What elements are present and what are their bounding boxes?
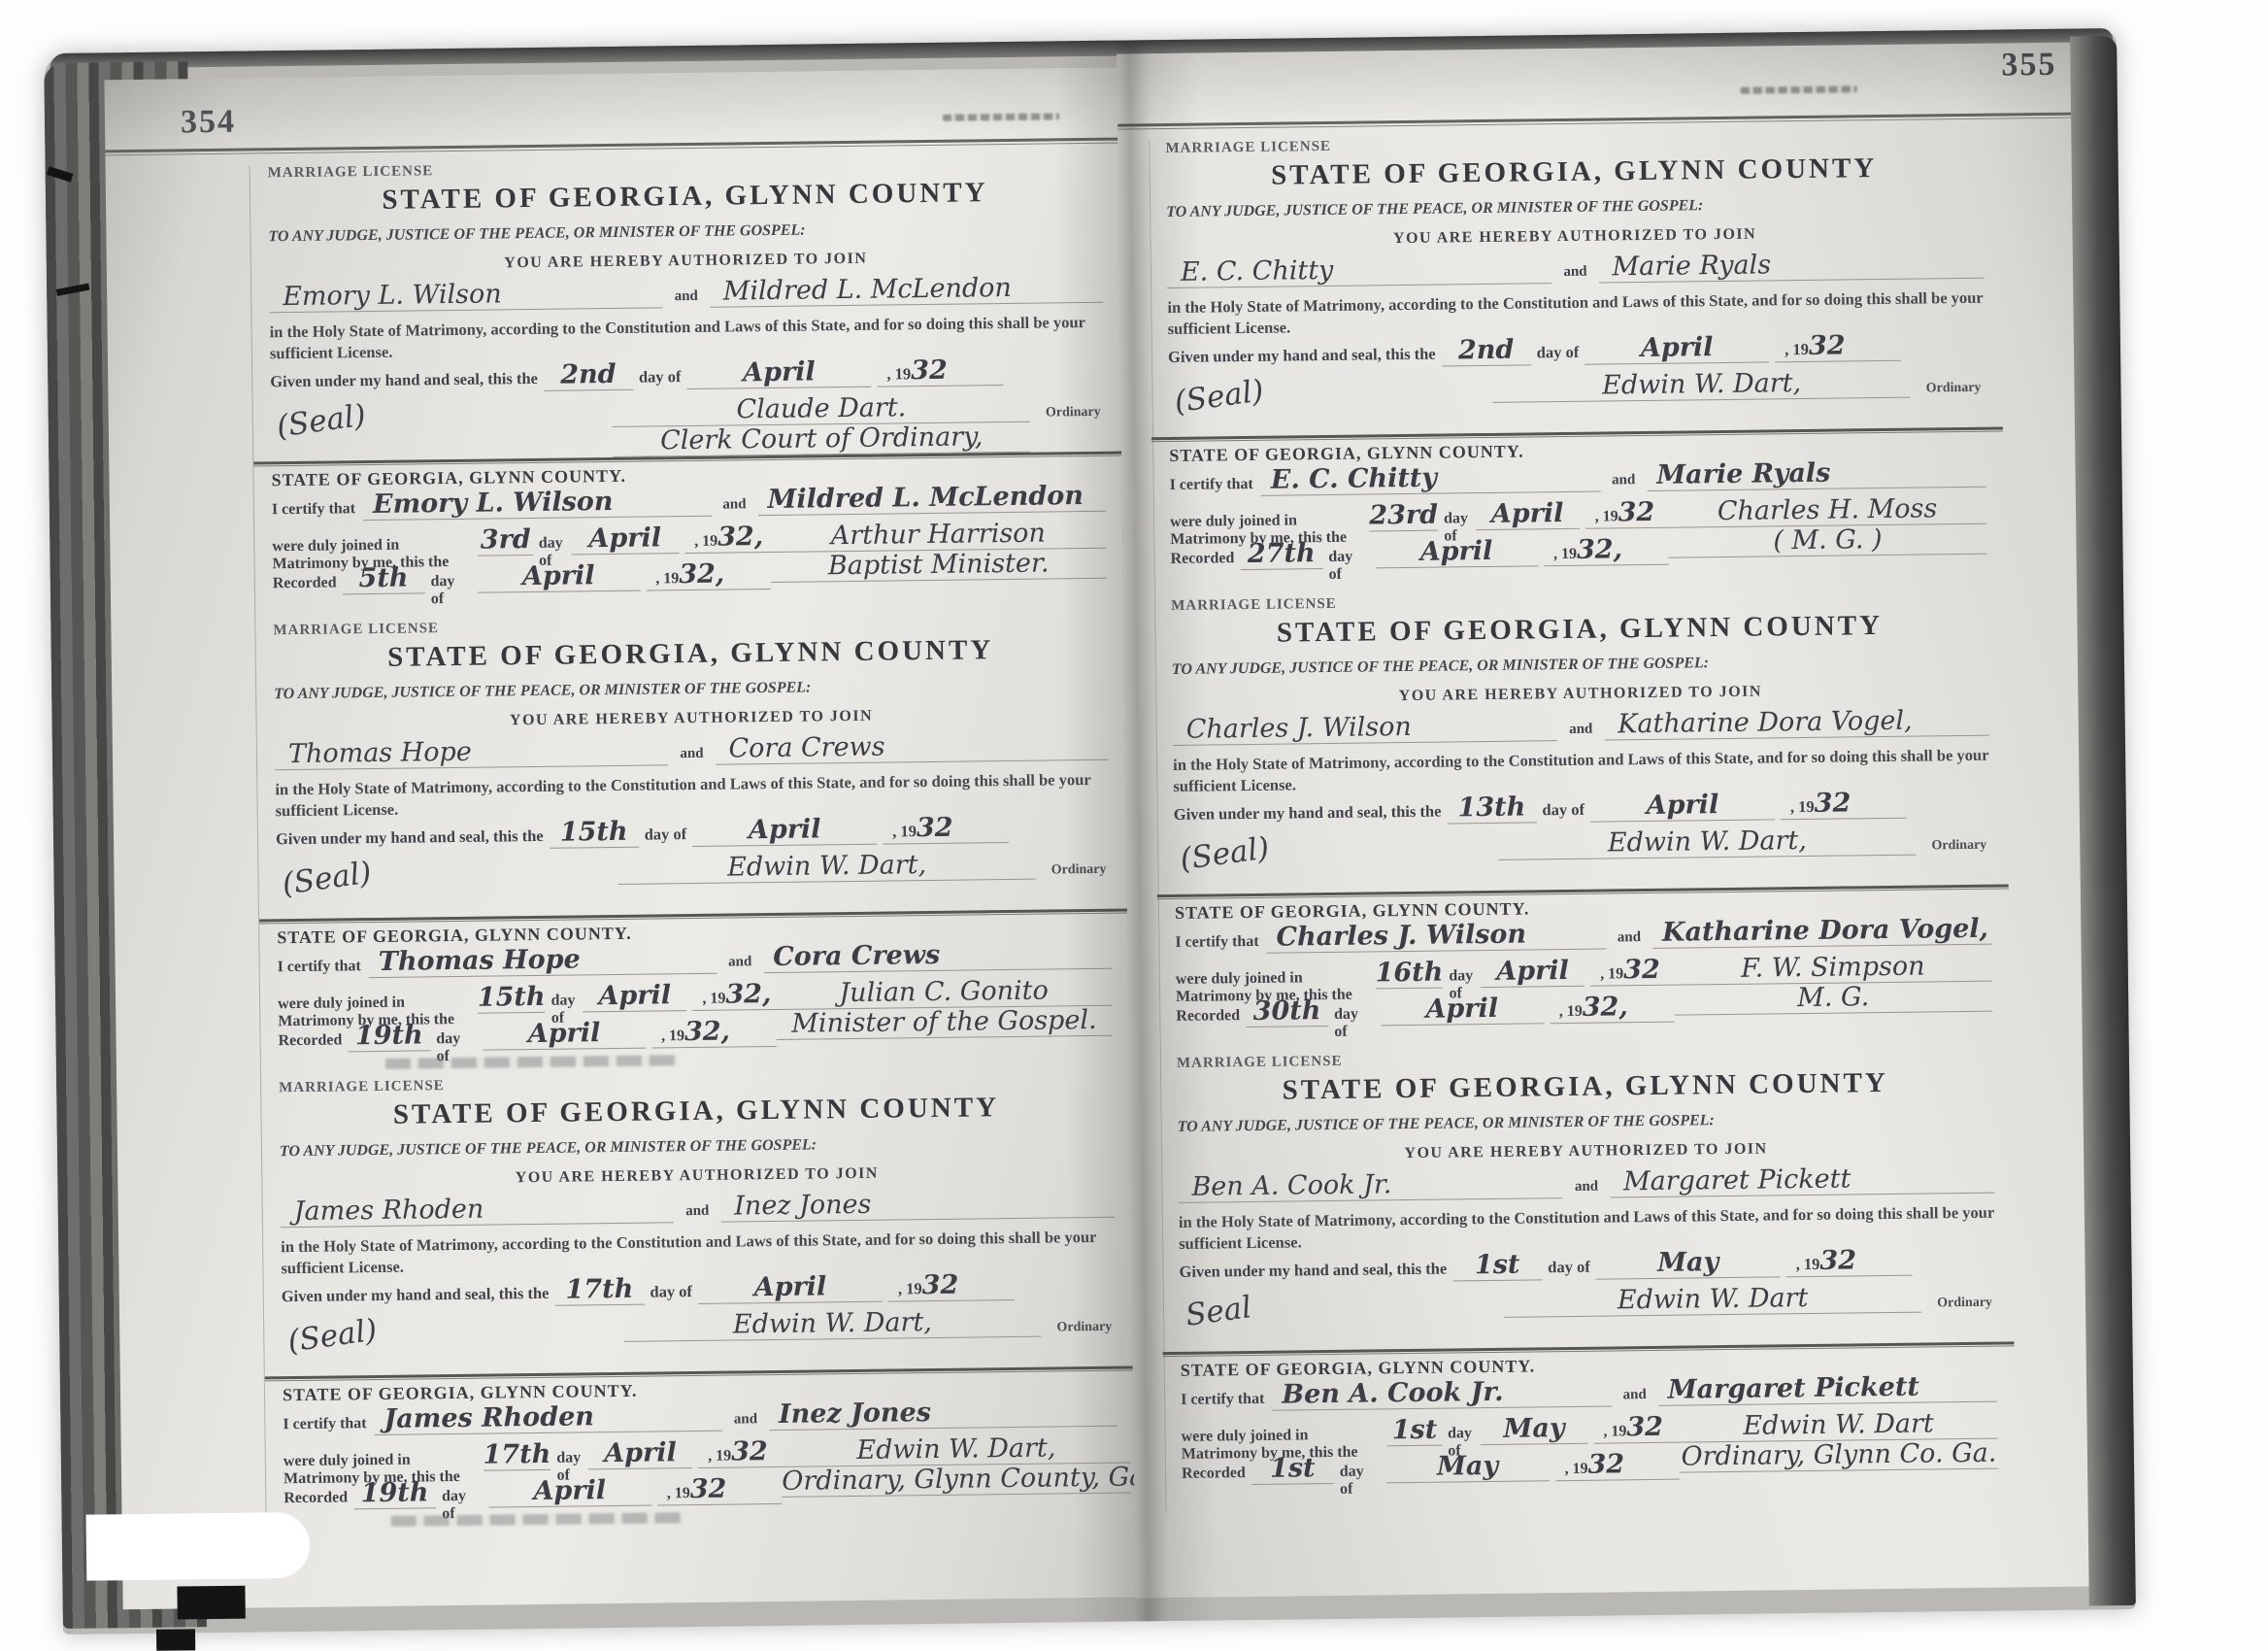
right-page: 355 MARRIAGE LICENSE STATE OF GEORGIA, G… — [1117, 42, 2108, 1598]
and-label: and — [718, 496, 750, 513]
groom-name-handwritten: Emory L. Wilson — [283, 279, 502, 312]
certify-bride-handwritten: Cora Crews — [773, 940, 940, 972]
married-year-handwritten: 32 — [1623, 955, 1660, 985]
year-prefix: , 19 — [1559, 1003, 1583, 1020]
recorded-day-handwritten: 19th — [355, 1020, 423, 1051]
recorded-year-handwritten: 32, — [1583, 992, 1628, 1023]
year-prefix: , 19 — [1790, 797, 1815, 816]
issuer-signature-block: Edwin W. Dart, — [617, 850, 1035, 885]
and-label: and — [724, 954, 755, 970]
scanned-register-canvas: 354 MARRIAGE LICENSE STATE OF GEORGIA, G… — [0, 0, 2268, 1651]
issuer-signature-block: Edwin W. Dart, — [1498, 825, 1916, 860]
license-month-handwritten: April — [1641, 332, 1714, 363]
bride-name-handwritten: Katharine Dora Vogel, — [1618, 706, 1913, 740]
bride-name-handwritten: Inez Jones — [734, 1190, 872, 1222]
married-month-handwritten: April — [1491, 498, 1564, 529]
marriage-license-record: MARRIAGE LICENSE STATE OF GEORGIA, GLYNN… — [273, 613, 1113, 1070]
recorded-line: Recorded 1st day of May , 1932 — [1182, 1450, 1681, 1493]
license-month-handwritten: April — [753, 1271, 826, 1302]
and-label: and — [730, 1411, 761, 1428]
certify-label: I certify that — [1170, 476, 1253, 494]
recorded-month-handwritten: April — [522, 560, 595, 591]
issuer-signature-block: Edwin W. Dart, — [623, 1307, 1041, 1342]
officiant-title-handwritten: Baptist Minister. — [771, 549, 1107, 583]
recorded-line: Recorded 5th day of April , 1932, — [273, 559, 772, 602]
license-day-handwritten: 17th — [565, 1274, 633, 1305]
groom-name-handwritten: Thomas Hope — [288, 737, 472, 769]
scan-black-mark — [177, 1586, 245, 1620]
certify-label: I certify that — [272, 500, 355, 519]
officiant-title-handwritten: Minister of the Gospel. — [776, 1006, 1112, 1040]
day-of-label: day of — [1537, 343, 1580, 363]
groom-name-handwritten: James Rhoden — [294, 1195, 484, 1227]
certify-bride-handwritten: Mildred L. McLendon — [767, 481, 1084, 515]
married-month-handwritten: April — [588, 522, 661, 554]
recorded-year-handwritten: 32, — [684, 1017, 730, 1048]
certify-groom-handwritten: Ben A. Cook Jr. — [1282, 1377, 1504, 1410]
seal-handwritten: Seal — [1184, 1293, 1252, 1331]
recorded-day-handwritten: 30th — [1253, 995, 1321, 1027]
and-label: and — [1565, 722, 1596, 738]
bride-name-handwritten: Marie Ryals — [1612, 250, 1771, 282]
given-clause: Given under my hand and seal, this the — [1174, 802, 1442, 825]
officiant-signature-block: Arthur Harrison Baptist Minister. — [770, 519, 1107, 607]
bride-name-handwritten: Cora Crews — [728, 732, 884, 764]
certification-dates: were duly joined in Matrimony by me, thi… — [1170, 498, 1669, 589]
printer-mark — [1741, 85, 1857, 93]
marriage-license-record: MARRIAGE LICENSE STATE OF GEORGIA, GLYNN… — [1165, 131, 1987, 589]
marriage-license-record: MARRIAGE LICENSE STATE OF GEORGIA, GLYNN… — [268, 155, 1108, 613]
year-prefix: , 19 — [892, 822, 917, 840]
license-month-handwritten: April — [743, 356, 816, 387]
recorded-label: Recorded — [1182, 1465, 1246, 1483]
officiant-signature-block: Charles H. Moss ( M. G. ) — [1668, 494, 1987, 583]
married-day-handwritten: 1st — [1392, 1415, 1438, 1446]
and-label: and — [1571, 1179, 1602, 1196]
officiant-title-handwritten: M. G. — [1674, 982, 1992, 1016]
officiant-signature-handwritten: Charles H. Moss — [1668, 494, 1986, 528]
license-year-handwritten: 32 — [911, 355, 948, 386]
ordinary-printed-label: Ordinary — [1926, 381, 1982, 397]
recorded-label: Recorded — [283, 1489, 348, 1507]
certify-label: I certify that — [278, 958, 361, 976]
issuer-signature-handwritten: Edwin W. Dart, — [1498, 825, 1916, 860]
and-label: and — [1559, 264, 1590, 281]
recorded-line: Recorded 27th day of April , 1932, — [1170, 535, 1669, 578]
certification-bottom: were duly joined in Matrimony by me, thi… — [278, 976, 1113, 1070]
issuer-signature-block: Claude Dart. Clerk Court of Ordinary, — [613, 392, 1031, 457]
given-clause: Given under my hand and seal, this the — [276, 826, 544, 849]
certify-bride-handwritten: Marie Ryals — [1656, 458, 1830, 490]
married-month-handwritten: April — [604, 1437, 677, 1468]
seal-and-signature-row: (Seal) Claude Dart. Clerk Court of Ordin… — [271, 391, 1106, 455]
left-page-number: 354 — [181, 104, 236, 142]
married-day-handwritten: 15th — [478, 982, 546, 1013]
year-prefix: , 19 — [1603, 1423, 1626, 1439]
certify-label: I certify that — [1175, 933, 1258, 952]
year-prefix: , 19 — [1796, 1255, 1820, 1273]
recorded-month-handwritten: May — [1437, 1451, 1498, 1482]
year-prefix: , 19 — [1784, 340, 1809, 358]
married-month-handwritten: April — [1496, 956, 1569, 987]
left-page-records: MARRIAGE LICENSE STATE OF GEORGIA, GLYNN… — [250, 155, 1118, 1538]
seal-handwritten: (Seal) — [286, 1316, 379, 1357]
page-top-rule — [1117, 112, 2090, 129]
certification-bottom: were duly joined in Matrimony by me, thi… — [1176, 952, 1993, 1046]
groom-name-handwritten: Ben A. Cook Jr. — [1191, 1169, 1391, 1202]
certification-dates: were duly joined in Matrimony by me, thi… — [1181, 1413, 1680, 1503]
license-day-handwritten: 2nd — [560, 359, 617, 390]
and-label: and — [1614, 929, 1645, 946]
certify-label: I certify that — [1181, 1391, 1264, 1409]
marriage-license-record: MARRIAGE LICENSE STATE OF GEORGIA, GLYNN… — [279, 1070, 1118, 1528]
seal-and-signature-row: (Seal) Edwin W. Dart, Ordinary — [1174, 825, 1991, 889]
license-day-handwritten: 1st — [1475, 1250, 1520, 1281]
right-page-number: 355 — [2001, 47, 2056, 84]
recorded-month-handwritten: April — [1420, 536, 1493, 567]
certify-groom-handwritten: Thomas Hope — [379, 944, 581, 977]
year-prefix: , 19 — [1600, 965, 1623, 982]
certification-bottom: were duly joined in Matrimony by me, thi… — [272, 519, 1107, 613]
officiant-signature-handwritten: F. W. Simpson — [1674, 952, 1992, 986]
married-year-handwritten: 32 — [1626, 1412, 1663, 1442]
married-day-handwritten: 17th — [483, 1439, 550, 1470]
recorded-year-handwritten: 32, — [679, 559, 724, 590]
certify-groom-handwritten: James Rhoden — [384, 1401, 594, 1434]
seal-handwritten: (Seal) — [281, 859, 373, 899]
certify-groom-handwritten: Charles J. Wilson — [1276, 920, 1526, 953]
recorded-day-handwritten: 1st — [1270, 1453, 1316, 1484]
day-of-label: day of — [430, 573, 471, 609]
license-year-handwritten: 32 — [917, 813, 953, 843]
married-month-handwritten: May — [1503, 1413, 1564, 1444]
officiant-signature-block: Edwin W. Dart Ordinary, Glynn Co. Ga. — [1679, 1409, 1998, 1498]
license-year-handwritten: 32 — [1819, 1245, 1856, 1275]
certify-label: I certify that — [283, 1415, 366, 1433]
ordinary-printed-label: Ordinary — [1937, 1296, 1992, 1312]
married-year-handwritten: 32, — [725, 979, 771, 1010]
and-label: and — [1619, 1387, 1651, 1403]
year-prefix: , 19 — [655, 570, 679, 587]
day-of-label: day of — [1340, 1463, 1381, 1499]
issuer-signature-handwritten: Edwin W. Dart — [1504, 1283, 1921, 1318]
given-clause: Given under my hand and seal, this the — [282, 1284, 550, 1306]
license-month-handwritten: April — [1646, 790, 1718, 821]
recorded-year-handwritten: 32 — [1587, 1449, 1624, 1479]
ordinary-printed-label: Ordinary — [1051, 862, 1107, 879]
officiant-signature-block: Edwin W. Dart, Ordinary, Glynn County, G… — [782, 1433, 1132, 1522]
license-day-handwritten: 2nd — [1458, 335, 1515, 366]
recorded-day-handwritten: 5th — [358, 563, 408, 594]
year-prefix: , 19 — [667, 1485, 690, 1501]
and-label: and — [682, 1203, 713, 1220]
year-prefix: , 19 — [886, 364, 911, 383]
year-prefix: , 19 — [661, 1028, 684, 1044]
license-day-handwritten: 13th — [1457, 792, 1525, 824]
seal-handwritten: (Seal) — [275, 401, 367, 442]
certify-groom-handwritten: Emory L. Wilson — [373, 487, 614, 520]
illegible-stamp — [385, 1055, 677, 1069]
issuer-title-handwritten: Clerk Court of Ordinary, — [613, 422, 1030, 457]
day-of-label: day of — [650, 1282, 692, 1302]
recorded-day-handwritten: 19th — [361, 1477, 429, 1508]
seal-and-signature-row: (Seal) Edwin W. Dart, Ordinary — [276, 849, 1111, 913]
seal-and-signature-row: Seal Edwin W. Dart Ordinary — [1180, 1282, 1997, 1346]
license-year-handwritten: 32 — [1809, 330, 1846, 360]
register-book: 354 MARRIAGE LICENSE STATE OF GEORGIA, G… — [44, 28, 2136, 1634]
right-page-records: MARRIAGE LICENSE STATE OF GEORGIA, GLYNN… — [1149, 131, 1998, 1513]
certify-groom-handwritten: E. C. Chitty — [1271, 463, 1438, 495]
officiant-title-handwritten: ( M. G. ) — [1668, 524, 1986, 558]
recorded-line: Recorded 30th day of April , 1932, — [1176, 993, 1675, 1035]
issuer-signature-handwritten: Edwin W. Dart, — [1492, 368, 1910, 403]
bride-name-handwritten: Margaret Pickett — [1623, 1163, 1851, 1196]
license-month-handwritten: May — [1657, 1247, 1718, 1278]
officiant-signature-handwritten: Arthur Harrison — [770, 519, 1106, 553]
groom-name-handwritten: E. C. Chitty — [1181, 255, 1334, 287]
recorded-year-handwritten: 32, — [1577, 534, 1622, 565]
married-year-handwritten: 32, — [717, 522, 763, 553]
recorded-line: Recorded 19th day of April , 1932 — [283, 1474, 783, 1517]
day-of-label: day of — [1334, 1005, 1375, 1041]
recorded-label: Recorded — [273, 574, 337, 592]
officiant-signature-block: Julian C. Gonito Minister of the Gospel. — [776, 976, 1113, 1064]
given-clause: Given under my hand and seal, this the — [270, 369, 538, 391]
officiant-signature-block: F. W. Simpson M. G. — [1674, 952, 1993, 1040]
marriage-license-record: MARRIAGE LICENSE STATE OF GEORGIA, GLYNN… — [1177, 1046, 1999, 1503]
officiant-title-handwritten: Ordinary, Glynn County, Ga. — [782, 1464, 1131, 1498]
printer-mark — [943, 113, 1059, 120]
scan-black-mark — [156, 1629, 195, 1650]
year-prefix: , 19 — [708, 1448, 731, 1465]
married-month-handwritten: April — [598, 980, 671, 1011]
issuer-signature-handwritten: Edwin W. Dart, — [623, 1307, 1041, 1342]
officiant-title-handwritten: Ordinary, Glynn Co. Ga. — [1680, 1439, 1998, 1473]
page-top-rule — [105, 138, 1117, 156]
certify-bride-handwritten: Inez Jones — [779, 1398, 931, 1430]
certification-dates: were duly joined in Matrimony by me, thi… — [1176, 956, 1675, 1046]
ordinary-printed-label: Ordinary — [1056, 1320, 1112, 1336]
married-year-handwritten: 32 — [731, 1436, 768, 1466]
recorded-year-handwritten: 32 — [690, 1474, 727, 1504]
certify-bride-handwritten: Margaret Pickett — [1668, 1372, 1919, 1405]
and-label: and — [1608, 472, 1639, 489]
seal-handwritten: (Seal) — [1179, 833, 1271, 874]
married-year-handwritten: 32 — [1618, 497, 1654, 527]
bride-name-handwritten: Mildred L. McLendon — [723, 273, 1012, 307]
day-of-label: day of — [1328, 548, 1369, 584]
recorded-day-handwritten: 27th — [1248, 538, 1316, 569]
illegible-stamp — [391, 1512, 683, 1527]
year-prefix: , 19 — [898, 1279, 922, 1297]
certification-bottom: were duly joined in Matrimony by me, thi… — [283, 1433, 1118, 1528]
married-day-handwritten: 16th — [1375, 958, 1443, 989]
marriage-license-record: MARRIAGE LICENSE STATE OF GEORGIA, GLYNN… — [1171, 589, 1993, 1046]
year-prefix: , 19 — [1564, 1461, 1587, 1477]
recorded-label: Recorded — [1176, 1007, 1240, 1026]
license-month-handwritten: April — [749, 814, 821, 845]
and-label: and — [676, 746, 707, 762]
seal-handwritten: (Seal) — [1173, 376, 1265, 417]
issuer-signature-block: Edwin W. Dart, — [1492, 368, 1910, 403]
license-year-handwritten: 32 — [1815, 788, 1851, 818]
day-of-label: day of — [1548, 1258, 1590, 1278]
license-day-handwritten: 15th — [560, 817, 628, 848]
groom-name-handwritten: Charles J. Wilson — [1186, 712, 1412, 745]
recorded-line: Recorded 19th day of April , 1932, — [278, 1017, 777, 1060]
recorded-month-handwritten: April — [533, 1475, 606, 1506]
year-prefix: , 19 — [702, 991, 725, 1007]
certify-bride-handwritten: Katharine Dora Vogel, — [1662, 914, 1988, 948]
certification-dates: were duly joined in Matrimony by me, thi… — [278, 980, 777, 1070]
certification-bottom: were duly joined in Matrimony by me, thi… — [1170, 494, 1987, 589]
seal-and-signature-row: (Seal) Edwin W. Dart, Ordinary — [282, 1306, 1117, 1370]
ordinary-printed-label: Ordinary — [1931, 838, 1986, 855]
given-clause: Given under my hand and seal, this the — [1168, 345, 1436, 367]
recorded-month-handwritten: April — [1425, 994, 1498, 1025]
left-page: 354 MARRIAGE LICENSE STATE OF GEORGIA, G… — [104, 68, 1135, 1610]
year-prefix: , 19 — [1595, 508, 1618, 524]
certification-bottom: were duly joined in Matrimony by me, thi… — [1181, 1409, 1998, 1503]
recorded-label: Recorded — [278, 1031, 342, 1050]
married-day-handwritten: 3rd — [481, 524, 531, 556]
issuer-signature-handwritten: Edwin W. Dart, — [617, 850, 1035, 885]
year-prefix: , 19 — [694, 533, 717, 550]
day-of-label: day of — [639, 367, 682, 387]
scan-white-patch — [86, 1512, 311, 1581]
license-year-handwritten: 32 — [921, 1270, 958, 1300]
certification-dates: were duly joined in Matrimony by me, thi… — [283, 1437, 783, 1528]
day-of-label: day of — [645, 825, 687, 845]
given-clause: Given under my hand and seal, this the — [1179, 1260, 1447, 1282]
seal-and-signature-row: (Seal) Edwin W. Dart, Ordinary — [1168, 367, 1985, 431]
day-of-label: day of — [1542, 800, 1584, 821]
ordinary-printed-label: Ordinary — [1046, 405, 1101, 421]
recorded-label: Recorded — [1170, 550, 1234, 568]
and-label: and — [671, 288, 702, 305]
year-prefix: , 19 — [1553, 546, 1577, 562]
married-day-handwritten: 23rd — [1369, 500, 1438, 531]
recorded-month-handwritten: April — [528, 1018, 601, 1049]
certification-dates: were duly joined in Matrimony by me, thi… — [272, 522, 771, 613]
issuer-signature-block: Edwin W. Dart — [1504, 1283, 1921, 1318]
